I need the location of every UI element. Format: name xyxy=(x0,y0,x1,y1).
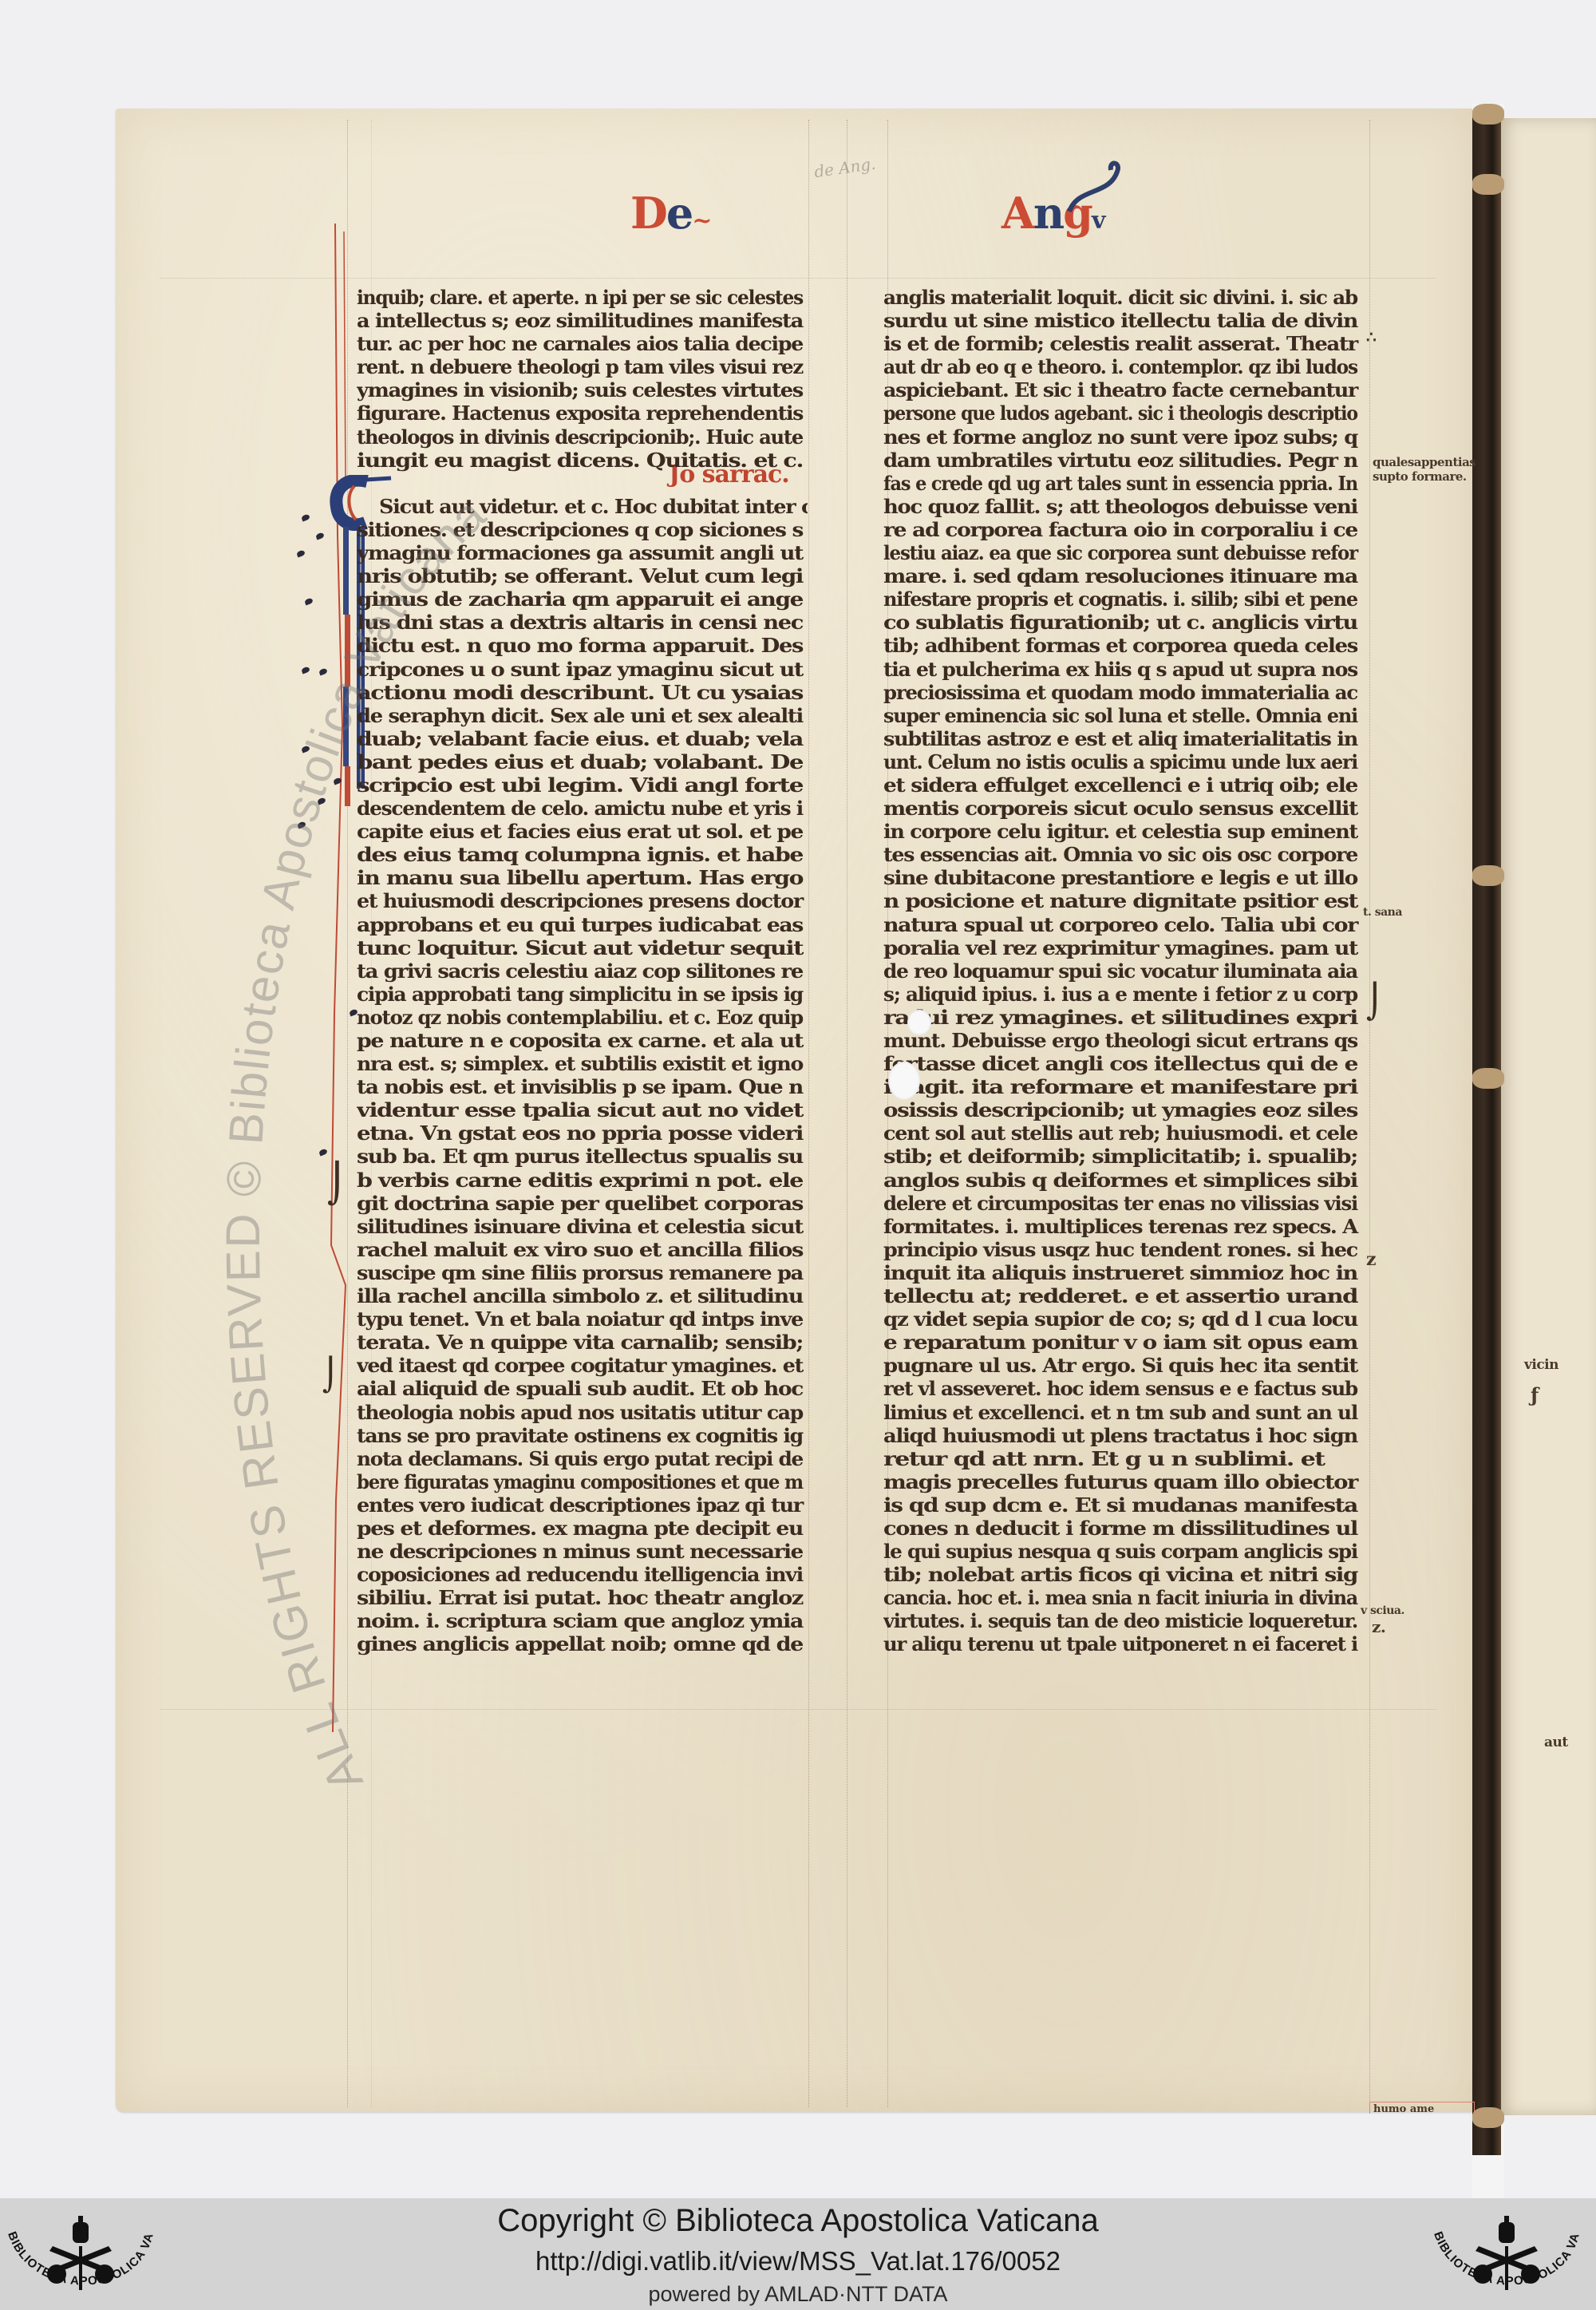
margin-mark: ƒ xyxy=(1531,1383,1539,1406)
manuscript-line: descendentem de celo. amictu nube et yri… xyxy=(357,797,808,820)
manuscript-line: sub ba. Et qm purus itellectus spualis s… xyxy=(357,1145,808,1168)
manuscript-line: bant pedes eius et duab; volabant. De xyxy=(357,750,808,773)
manuscript-line: nris obtutib; se offerant. Velut cum leg… xyxy=(357,564,808,587)
manuscript-line: ta grivi sacris celestiu aiaz cop silito… xyxy=(357,959,808,983)
manuscript-line: lestiu aiaz. ea que sic corporea sunt de… xyxy=(883,541,1362,564)
manuscript-line: actionu modi describunt. Ut cu ysaias xyxy=(357,681,808,704)
manuscript-line: tans se pro pravitate ostinens ex cognit… xyxy=(357,1424,808,1447)
margin-note: t. sana xyxy=(1363,906,1402,919)
manuscript-line: b verbis carne editis exprimi n pot. ele xyxy=(357,1169,808,1192)
paragraph-bracket: ⌡ xyxy=(322,1357,339,1394)
manuscript-line: capite eius et facies eius erat ut sol. … xyxy=(357,820,808,843)
manuscript-line: gimus de zacharia qm apparuit ei ange xyxy=(357,587,808,611)
manuscript-line: tunc loquitur. Sicut aut videtur sequit xyxy=(357,936,808,959)
manuscript-line: duab; velabant facie eius. et duab; vela xyxy=(357,727,808,750)
powered-by-text: powered by AMLAD·NTT DATA xyxy=(0,2282,1596,2307)
ruling-line xyxy=(847,120,847,2107)
manuscript-line: le qui supius nesqua q suis corpam angli… xyxy=(883,1540,1362,1563)
manuscript-line: etna. Vn gstat eos no ppria posse videri xyxy=(357,1121,808,1145)
manuscript-line: theologos in divinis descripcionib;. Hui… xyxy=(357,425,808,449)
manuscript-line: git doctrina sapie per quelibet corporas xyxy=(357,1192,808,1215)
manuscript-line: dictu est. n quo mo forma apparuit. Des xyxy=(357,634,808,657)
manuscript-line: bere figuratas ymaginu compositiones et … xyxy=(357,1470,808,1493)
manuscript-line: retur qd att nrn. Et g u n sublimi. et xyxy=(883,1447,1362,1470)
manuscript-line: co sublatis figurationib; ut c. anglicis… xyxy=(883,611,1362,634)
title-letter: n xyxy=(1033,188,1063,239)
manuscript-line: e reparatum ponitur v o iam sit opus eam xyxy=(883,1331,1362,1354)
manuscript-line: dam umbratiles virtutu eoz silitudies. P… xyxy=(883,449,1362,472)
title-initial: D xyxy=(630,188,666,239)
manuscript-line: pes et deformes. ex magna pte decipit eu xyxy=(357,1517,808,1540)
manuscript-line: inquit ita aliquis instrueret simmioz ho… xyxy=(883,1261,1362,1284)
margin-note-line: z. xyxy=(1372,1617,1404,1636)
manuscript-line: rent. n debuere theologi p tam viles vis… xyxy=(357,355,808,378)
manuscript-line: formitates. i. multiplices terenas rez s… xyxy=(883,1215,1362,1238)
manuscript-line: tes essencias ait. Omnia vo sic ois osc … xyxy=(883,843,1362,866)
manuscript-line: suscipe qm sine filiis prorsus remanere … xyxy=(357,1261,808,1284)
margin-note: qualesappentias supto formare. xyxy=(1373,455,1476,484)
manuscript-line: figurare. Hactenus exposita reprehendent… xyxy=(357,401,808,425)
paragraph-bracket: ⌡ xyxy=(1366,982,1384,1021)
manuscript-line: gines anglicis appellat noib; omne qd de xyxy=(357,1632,808,1655)
sewing-knot xyxy=(1472,865,1504,886)
manuscript-line: iungit eu magist dicens. Quitatis. et c. xyxy=(357,449,808,472)
manuscript-line: ymaginu formaciones ga assumit angli ut xyxy=(357,541,808,564)
parchment-hole xyxy=(888,1062,920,1100)
catchword: humo ame xyxy=(1369,2102,1475,2114)
manuscript-line: nota declamans. Si quis ergo putat recip… xyxy=(357,1447,808,1470)
manuscript-line: tur. ac per hoc ne carnales aios talia d… xyxy=(357,332,808,355)
manuscript-line: mare. i. sed qdam resoluciones itinuare … xyxy=(883,564,1362,587)
manuscript-line: tellectu at; redderet. e et assertio ura… xyxy=(883,1284,1362,1307)
manuscript-line: silitudines isinuare divina et celestia … xyxy=(357,1215,808,1238)
manuscript-line: nes et forme angloz no sunt vere ipoz su… xyxy=(883,425,1362,449)
manuscript-line: ved itaest qd corpee cogitatur ymagines.… xyxy=(357,1354,808,1377)
margin-note-line: supto formare. xyxy=(1373,469,1476,484)
manuscript-line: poralia vel rez exprimitur ymagines. pam… xyxy=(883,936,1362,959)
manuscript-line: nra est. s; simplex. et subtilis existit… xyxy=(357,1052,808,1075)
svg-text:BIBLIOTECA APOSTOLICA VATICANA: BIBLIOTECA APOSTOLICA VATICANA xyxy=(0,2198,156,2288)
manuscript-line: persone que ludos agebant. sic i theolog… xyxy=(883,401,1362,425)
manuscript-line: ur aliqu terenu ut tpale uitponeret n ei… xyxy=(883,1632,1362,1655)
viewer-footer: Copyright © Biblioteca Apostolica Vatica… xyxy=(0,2198,1596,2310)
manuscript-line: nifestare propris et cognatis. i. silib;… xyxy=(883,587,1362,611)
manuscript-line: n posicione et nature dignitate psitior … xyxy=(883,889,1362,912)
manuscript-line: osissis descripcionib; ut ymagies eoz si… xyxy=(883,1098,1362,1121)
vatican-library-logo-icon: BIBLIOTECA APOSTOLICA VATICANA xyxy=(0,2198,172,2310)
manuscript-line: cripcones u o sunt ipaz ymaginu sicut ut xyxy=(357,658,808,681)
paragraph-bracket: ⌡ xyxy=(327,1161,347,1206)
title-letter: e xyxy=(666,188,692,239)
manuscript-line: videntur esse tpalia sicut aut no videt xyxy=(357,1098,808,1121)
manuscript-line: is et de formib; celestis realit asserat… xyxy=(883,332,1362,355)
sewing-knot xyxy=(1472,2107,1504,2128)
ruling-line xyxy=(1369,120,1370,2107)
manuscript-line: cones n deducit i forme m dissilitudines… xyxy=(883,1517,1362,1540)
manuscript-line: a intellectus s; eoz similitudines manif… xyxy=(357,309,808,332)
parchment-hole xyxy=(907,1010,931,1035)
manuscript-line: super eminencia sic sol luna et stelle. … xyxy=(883,704,1362,727)
manuscript-line: subtilitas astroz e est et aliq imateria… xyxy=(883,727,1362,750)
manuscript-line: is qd sup dcm e. Et si mudanas manifesta xyxy=(883,1493,1362,1517)
manuscript-line: de seraphyn dicit. Sex ale uni et sex al… xyxy=(357,704,808,727)
manuscript-line: anglos subis q deiformes et simplices si… xyxy=(883,1169,1362,1192)
title-initial: A xyxy=(1001,188,1033,239)
manuscript-line: noim. i. scriptura sciam que angloz ymia xyxy=(357,1609,808,1632)
manuscript-line: ta nobis est. et invisiblis p se ipam. Q… xyxy=(357,1075,808,1098)
running-title-left: De~ xyxy=(630,188,710,239)
manuscript-line: tia et pulcherima ex hiis q s apud ut su… xyxy=(883,658,1362,681)
manuscript-line: sitiones. et descripciones q cop sicione… xyxy=(357,518,808,541)
logo-text: BIBLIOTECA APOSTOLICA VATICANA xyxy=(0,2198,156,2288)
border-bar-red xyxy=(345,615,350,686)
manuscript-line: fortasse dicet angli cos itellectus qui … xyxy=(883,1052,1362,1075)
manuscript-line: sine dubitacone prestantiore e legis e u… xyxy=(883,866,1362,889)
binding-spine xyxy=(1472,112,1501,2155)
manuscript-line: ra lui rez ymagines. et silitudines expr… xyxy=(883,1006,1362,1029)
border-bar-blue xyxy=(343,527,349,615)
manuscript-line: des eius tamq columpna ignis. et habe xyxy=(357,843,808,866)
manuscript-line: natura spual ut corporeo celo. Talia ubi… xyxy=(883,913,1362,936)
permalink[interactable]: http://digi.vatlib.it/view/MSS_Vat.lat.1… xyxy=(0,2246,1596,2276)
manuscript-line: illa rachel ancilla simbolo z. et silitu… xyxy=(357,1284,808,1307)
manuscript-line: aial aliquid de spuali sub audit. Et ob … xyxy=(357,1377,808,1400)
manuscript-line: inquib; clare. et aperte. n ipi per se s… xyxy=(357,286,808,309)
text-column-right: anglis materialit loquit. dicit sic divi… xyxy=(883,286,1362,1656)
logo-text: BIBLIOTECA APOSTOLICA VATICANA xyxy=(1423,2198,1582,2288)
copyright-text: Copyright © Biblioteca Apostolica Vatica… xyxy=(0,2203,1596,2239)
ruling-line xyxy=(808,120,809,2107)
manuscript-line: delere et circumpositas ter enas no vili… xyxy=(883,1192,1362,1215)
manuscript-line: pe nature n e coposita ex carne. et ala … xyxy=(357,1029,808,1052)
manuscript-line: ret vl asseveret. hoc idem sensus e e fa… xyxy=(883,1377,1362,1400)
manuscript-line: entes vero iudicat descriptiones ipaz qi… xyxy=(357,1493,808,1517)
title-flourish-icon xyxy=(1061,156,1133,227)
vatican-library-logo-icon: BIBLIOTECA APOSTOLICA VATICANA xyxy=(1423,2198,1596,2310)
border-bar-red xyxy=(345,766,350,806)
manuscript-line: Sicut aut videtur. et c. Hoc dubitat int… xyxy=(357,495,808,518)
manuscript-line: s; aliquid ipius. i. ius a e mente i fet… xyxy=(883,983,1362,1006)
manuscript-line: pugnare ul us. Atr ergo. Si quis hec ita… xyxy=(883,1354,1362,1377)
manuscript-line: aut dr ab eo q e theoro. i. contemplor. … xyxy=(883,355,1362,378)
manuscript-line: qz videt sepia supior de co; s; qd d l c… xyxy=(883,1307,1362,1331)
manuscript-line: limius et excellenci. et n tm sub and su… xyxy=(883,1401,1362,1424)
manuscript-line: fas e crede qd ug art tales sunt in esse… xyxy=(883,472,1362,495)
manuscript-line: re ad corporea factura oio in corporaliu… xyxy=(883,518,1362,541)
margin-note: vicin xyxy=(1524,1357,1558,1373)
manuscript-line: approbans et eu qui turpes iudicabat eas xyxy=(357,913,808,936)
svg-text:BIBLIOTECA APOSTOLICA VATICANA: BIBLIOTECA APOSTOLICA VATICANA xyxy=(1423,2198,1582,2288)
manuscript-line: de reo loquamur spui sic vocatur ilumina… xyxy=(883,959,1362,983)
margin-dots: ∴ xyxy=(1366,327,1376,346)
margin-note-line: v sciua. xyxy=(1361,1604,1404,1617)
manuscript-line: tib; nolebat artis ficos qi vicina et ni… xyxy=(883,1563,1362,1586)
manuscript-line: lus dni stas a dextris altaris in censi … xyxy=(357,611,808,634)
manuscript-line: cancia. hoc et. i. mea snia n facit iniu… xyxy=(883,1586,1362,1609)
manuscript-line: aliqd huiusmodi ut plens tractatus i hoc… xyxy=(883,1424,1362,1447)
manuscript-line: rachel maluit ex viro suo et ancilla fil… xyxy=(357,1238,808,1261)
manuscript-line: ymagines in visionib; suis celestes virt… xyxy=(357,378,808,401)
manuscript-line: scripcio est ubi legim. Vidi angl forte xyxy=(357,773,808,797)
margin-note: z xyxy=(1366,1249,1376,1270)
margin-note: aut xyxy=(1544,1734,1568,1750)
manuscript-line: coposiciones ad reducendu itelligencia i… xyxy=(357,1563,808,1586)
manuscript-line: ne descripciones n minus sunt necessarie xyxy=(357,1540,808,1563)
manuscript-line: notoz qz nobis contemplabiliu. et c. Eoz… xyxy=(357,1006,808,1029)
manuscript-line: munt. Debuisse ergo theologi sicut ertra… xyxy=(883,1029,1362,1052)
manuscript-line: sibiliu. Errat isi putat. hoc theatr ang… xyxy=(357,1586,808,1609)
manuscript-line: cipia approbati tang simplicitu in se ip… xyxy=(357,983,808,1006)
manuscript-line: cent sol aut stellis aut reb; huiusmodi.… xyxy=(883,1121,1362,1145)
border-bar-blue xyxy=(343,686,349,766)
manuscript-line: is agit. ita reformare et manifestare pr… xyxy=(883,1075,1362,1098)
manuscript-line: stib; et deiformib; simplicitatib; i. sp… xyxy=(883,1145,1362,1168)
manuscript-line: virtutes. i. sequis tan de deo misticie … xyxy=(883,1609,1362,1632)
manuscript-line: mentis corporeis sicut oculo sensus exce… xyxy=(883,797,1362,820)
manuscript-line: terata. Ve n quippe vita carnalib; sensi… xyxy=(357,1331,808,1354)
title-flourish: ~ xyxy=(692,207,710,235)
sewing-knot xyxy=(1472,104,1504,125)
manuscript-line xyxy=(357,472,808,495)
manuscript-line: in corpore celu igitur. et celestia sup … xyxy=(883,820,1362,843)
text-column-left: inquib; clare. et aperte. n ipi per se s… xyxy=(357,286,808,1656)
manuscript-line: in manu sua libellu apertum. Has ergo xyxy=(357,866,808,889)
manuscript-line: anglis materialit loquit. dicit sic divi… xyxy=(883,286,1362,309)
manuscript-line: typu tenet. Vn et bala noiatur qd intps … xyxy=(357,1307,808,1331)
manuscript-line: et huiusmodi descripciones presens docto… xyxy=(357,889,808,912)
manuscript-line: surdu ut sine mistico itellectu talia de… xyxy=(883,309,1362,332)
sewing-knot xyxy=(1472,1068,1504,1089)
manuscript-line: preciosissima et quodam modo immateriali… xyxy=(883,681,1362,704)
manuscript-line: aspiciebant. Et sic i theatro facte cern… xyxy=(883,378,1362,401)
margin-note: v sciua. z. xyxy=(1361,1604,1404,1636)
next-leaf-edge: vicin ƒ aut xyxy=(1500,118,1596,2115)
manuscript-line: et sidera effulget excellenci e i utriq … xyxy=(883,773,1362,797)
margin-note-line: qualesappentias xyxy=(1373,455,1476,469)
manuscript-line: tib; adhibent formas et corporea queda c… xyxy=(883,634,1362,657)
sewing-knot xyxy=(1472,174,1504,195)
manuscript-line: unt. Celum no istis oculis a spicimu und… xyxy=(883,750,1362,773)
manuscript-line: hoc quoz fallit. s; att theologos debuis… xyxy=(883,495,1362,518)
manuscript-line: theologia nobis apud nos usitatis utitur… xyxy=(357,1401,808,1424)
manuscript-line: magis precelles futurus quam illo obiect… xyxy=(883,1470,1362,1493)
manuscript-line: principio visus usqz huc tendent rones. … xyxy=(883,1238,1362,1261)
